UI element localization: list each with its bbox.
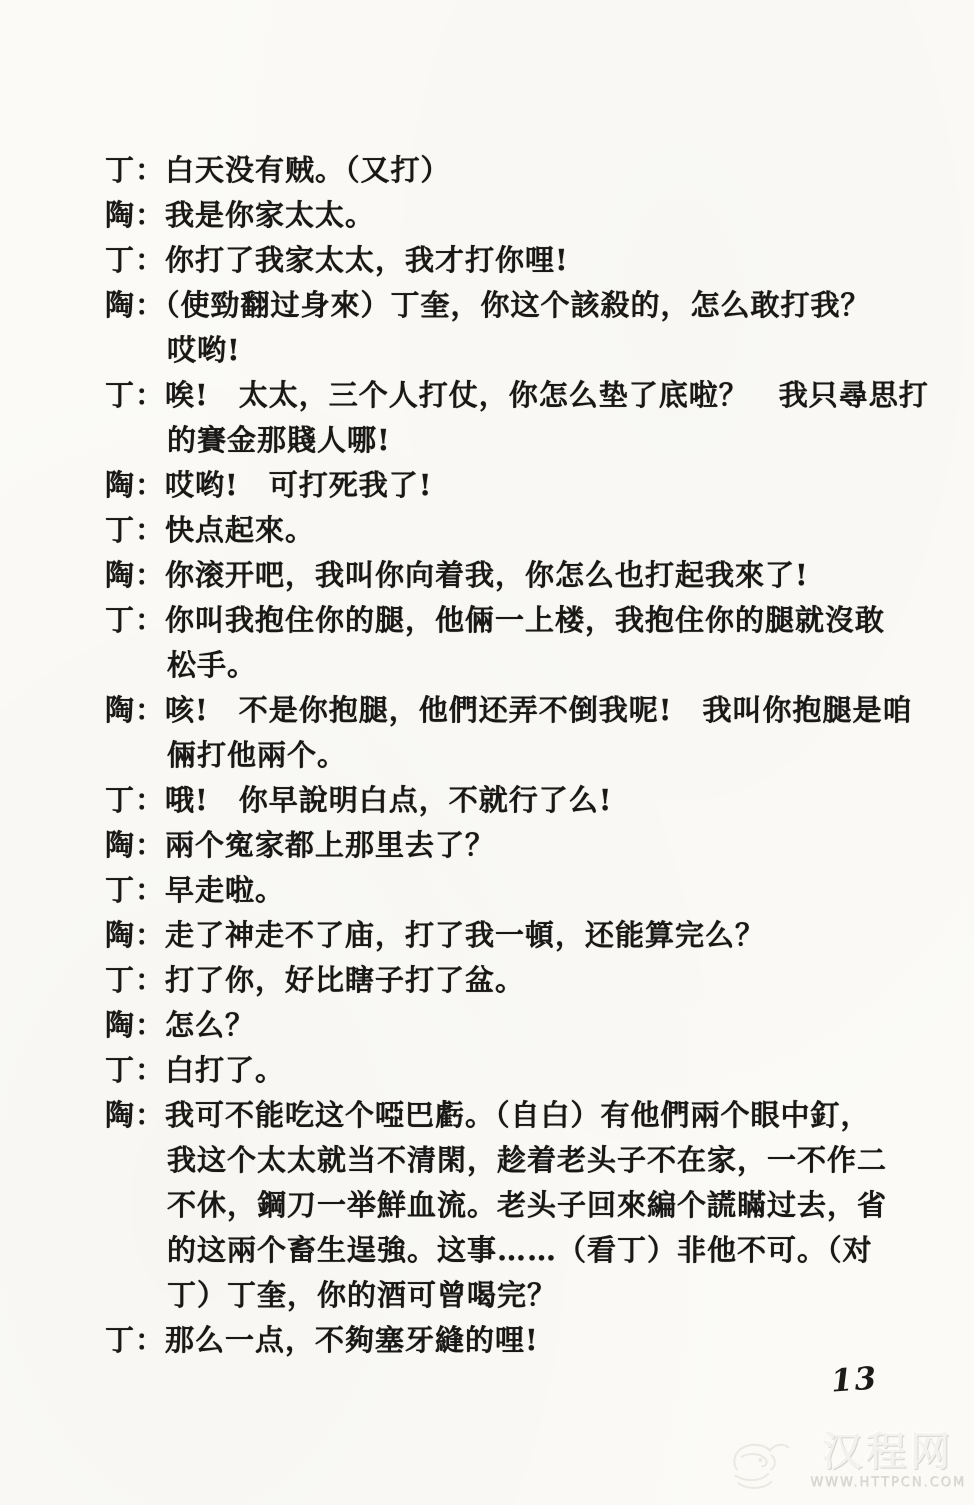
dialogue-line: 丁）丁奎，你的酒可曾喝完？ — [105, 1273, 917, 1318]
line-text: 早走啦。 — [165, 873, 285, 907]
dialogue-line: 陶：走了神走不了庙，打了我一頓，还能算完么？ — [105, 913, 917, 958]
speaker-label: 丁： — [105, 603, 165, 637]
line-text: 你滚开吧，我叫你向着我，你怎么也打起我來了! — [165, 558, 809, 592]
dialogue-line: 的这兩个畜生逞強。这事……（看丁）非他不可。（对 — [105, 1228, 917, 1273]
speaker-label: 丁： — [105, 1323, 165, 1357]
dialogue-line: 陶：我可不能吃这个啞巴虧。（自白）有他們兩个眼中釘， — [105, 1093, 917, 1138]
speaker-label: 丁： — [105, 873, 165, 907]
dialogue-line: 丁：哦! 你早說明白点，不就行了么! — [105, 778, 917, 823]
dialogue: 丁：白天没有贼。（又打） 陶：我是你家太太。 丁：你打了我家太太，我才打你哩! … — [105, 148, 917, 1363]
dialogue-line: 丁：你打了我家太太，我才打你哩! — [105, 238, 917, 283]
dialogue-line: 丁：那么一点，不夠塞牙縫的哩! — [105, 1318, 917, 1363]
line-text: 快点起來。 — [165, 513, 315, 547]
speaker-label: 丁： — [105, 378, 165, 412]
line-text: （使勁翻过身來）丁奎，你这个該殺的，怎么敢打我？ — [165, 288, 871, 322]
watermark-site-url: WWW.HTTPCN.COM — [810, 1475, 966, 1490]
line-text: 我可不能吃这个啞巴虧。（自白）有他們兩个眼中釘， — [165, 1098, 871, 1132]
speaker-label: 丁： — [105, 513, 165, 547]
dialogue-line: 丁：白打了。 — [105, 1048, 917, 1093]
line-text: 我这个太太就当不清閑，趁着老头子不在家，一不作二 — [167, 1143, 887, 1177]
line-text: 你叫我抱住你的腿，他倆一上楼，我抱住你的腿就沒敢 — [165, 603, 885, 637]
dialogue-line: 陶：哎哟! 可打死我了! — [105, 463, 917, 508]
speaker-label: 陶： — [105, 918, 165, 952]
dialogue-line: 丁：你叫我抱住你的腿，他倆一上楼，我抱住你的腿就沒敢 — [105, 598, 917, 643]
speaker-label: 陶： — [105, 198, 165, 232]
speaker-label: 陶： — [105, 288, 165, 322]
speaker-label: 陶： — [105, 558, 165, 592]
dialogue-line: 丁：唉! 太太，三个人打仗，你怎么垫了底啦？ 我只尋思打 — [105, 373, 917, 418]
line-text: 走了神走不了庙，打了我一頓，还能算完么？ — [165, 918, 765, 952]
speaker-label: 丁： — [105, 1053, 165, 1087]
line-text: 不休，鋼刀一举鮮血流。老头子回來編个謊瞞过去，省 — [167, 1188, 887, 1222]
line-text: 哎哟! 可打死我了! — [165, 468, 432, 502]
line-text: 怎么？ — [165, 1008, 255, 1042]
dialogue-line: 陶：我是你家太太。 — [105, 193, 917, 238]
dialogue-line: 陶：怎么？ — [105, 1003, 917, 1048]
dialogue-line: 陶：咳! 不是你抱腿，他們还弄不倒我呢! 我叫你抱腿是咱 — [105, 688, 917, 733]
line-text: 哎哟! — [167, 333, 241, 367]
hanchengwang-logo-icon — [726, 1421, 804, 1499]
dialogue-line: 陶：兩个寃家都上那里去了？ — [105, 823, 917, 868]
dialogue-line: 不休，鋼刀一举鮮血流。老头子回來編个謊瞞过去，省 — [105, 1183, 917, 1228]
speaker-label: 陶： — [105, 693, 165, 727]
watermark-site-name: 汉程网 — [822, 1431, 954, 1473]
line-text: 白天没有贼。（又打） — [165, 153, 451, 187]
dialogue-line: 陶：（使勁翻过身來）丁奎，你这个該殺的，怎么敢打我？ — [105, 283, 917, 328]
line-text: 你打了我家太太，我才打你哩! — [165, 243, 569, 277]
line-text: 那么一点，不夠塞牙縫的哩! — [165, 1323, 539, 1357]
dialogue-line: 陶：你滚开吧，我叫你向着我，你怎么也打起我來了! — [105, 553, 917, 598]
speaker-label: 丁： — [105, 783, 165, 817]
line-text: 松手。 — [167, 648, 257, 682]
line-text: 哦! 你早說明白点，不就行了么! — [165, 783, 612, 817]
dialogue-line: 的賽金那賤人哪! — [105, 418, 917, 463]
line-text: 的賽金那賤人哪! — [167, 423, 391, 457]
watermark-text-block: 汉程网 WWW.HTTPCN.COM — [810, 1431, 966, 1490]
dialogue-line: 松手。 — [105, 643, 917, 688]
line-text: 兩个寃家都上那里去了？ — [165, 828, 495, 862]
dialogue-line: 丁：打了你，好比瞎子打了盆。 — [105, 958, 917, 1003]
line-text: 唉! 太太，三个人打仗，你怎么垫了底啦？ 我只尋思打 — [165, 378, 929, 412]
speaker-label: 丁： — [105, 963, 165, 997]
dialogue-line: 丁：早走啦。 — [105, 868, 917, 913]
dialogue-line: 我这个太太就当不清閑，趁着老头子不在家，一不作二 — [105, 1138, 917, 1183]
dialogue-line: 哎哟! — [105, 328, 917, 373]
speaker-label: 陶： — [105, 1098, 165, 1132]
speaker-label: 丁： — [105, 243, 165, 277]
line-text: 丁）丁奎，你的酒可曾喝完？ — [167, 1278, 557, 1312]
line-text: 我是你家太太。 — [165, 198, 375, 232]
dialogue-line: 倆打他兩个。 — [105, 733, 917, 778]
watermark: 汉程网 WWW.HTTPCN.COM — [726, 1421, 966, 1499]
line-text: 咳! 不是你抱腿，他們还弄不倒我呢! 我叫你抱腿是咱 — [165, 693, 912, 727]
scanned-script-page: 丁：白天没有贼。（又打） 陶：我是你家太太。 丁：你打了我家太太，我才打你哩! … — [0, 0, 974, 1505]
dialogue-line: 丁：快点起來。 — [105, 508, 917, 553]
line-text: 的这兩个畜生逞強。这事……（看丁）非他不可。（对 — [167, 1233, 873, 1267]
speaker-label: 陶： — [105, 1008, 165, 1042]
page-number: 13 — [830, 1360, 880, 1399]
line-text: 倆打他兩个。 — [167, 738, 347, 772]
line-text: 白打了。 — [165, 1053, 285, 1087]
speaker-label: 陶： — [105, 468, 165, 502]
speaker-label: 丁： — [105, 153, 165, 187]
line-text: 打了你，好比瞎子打了盆。 — [165, 963, 525, 997]
speaker-label: 陶： — [105, 828, 165, 862]
dialogue-line: 丁：白天没有贼。（又打） — [105, 148, 917, 193]
